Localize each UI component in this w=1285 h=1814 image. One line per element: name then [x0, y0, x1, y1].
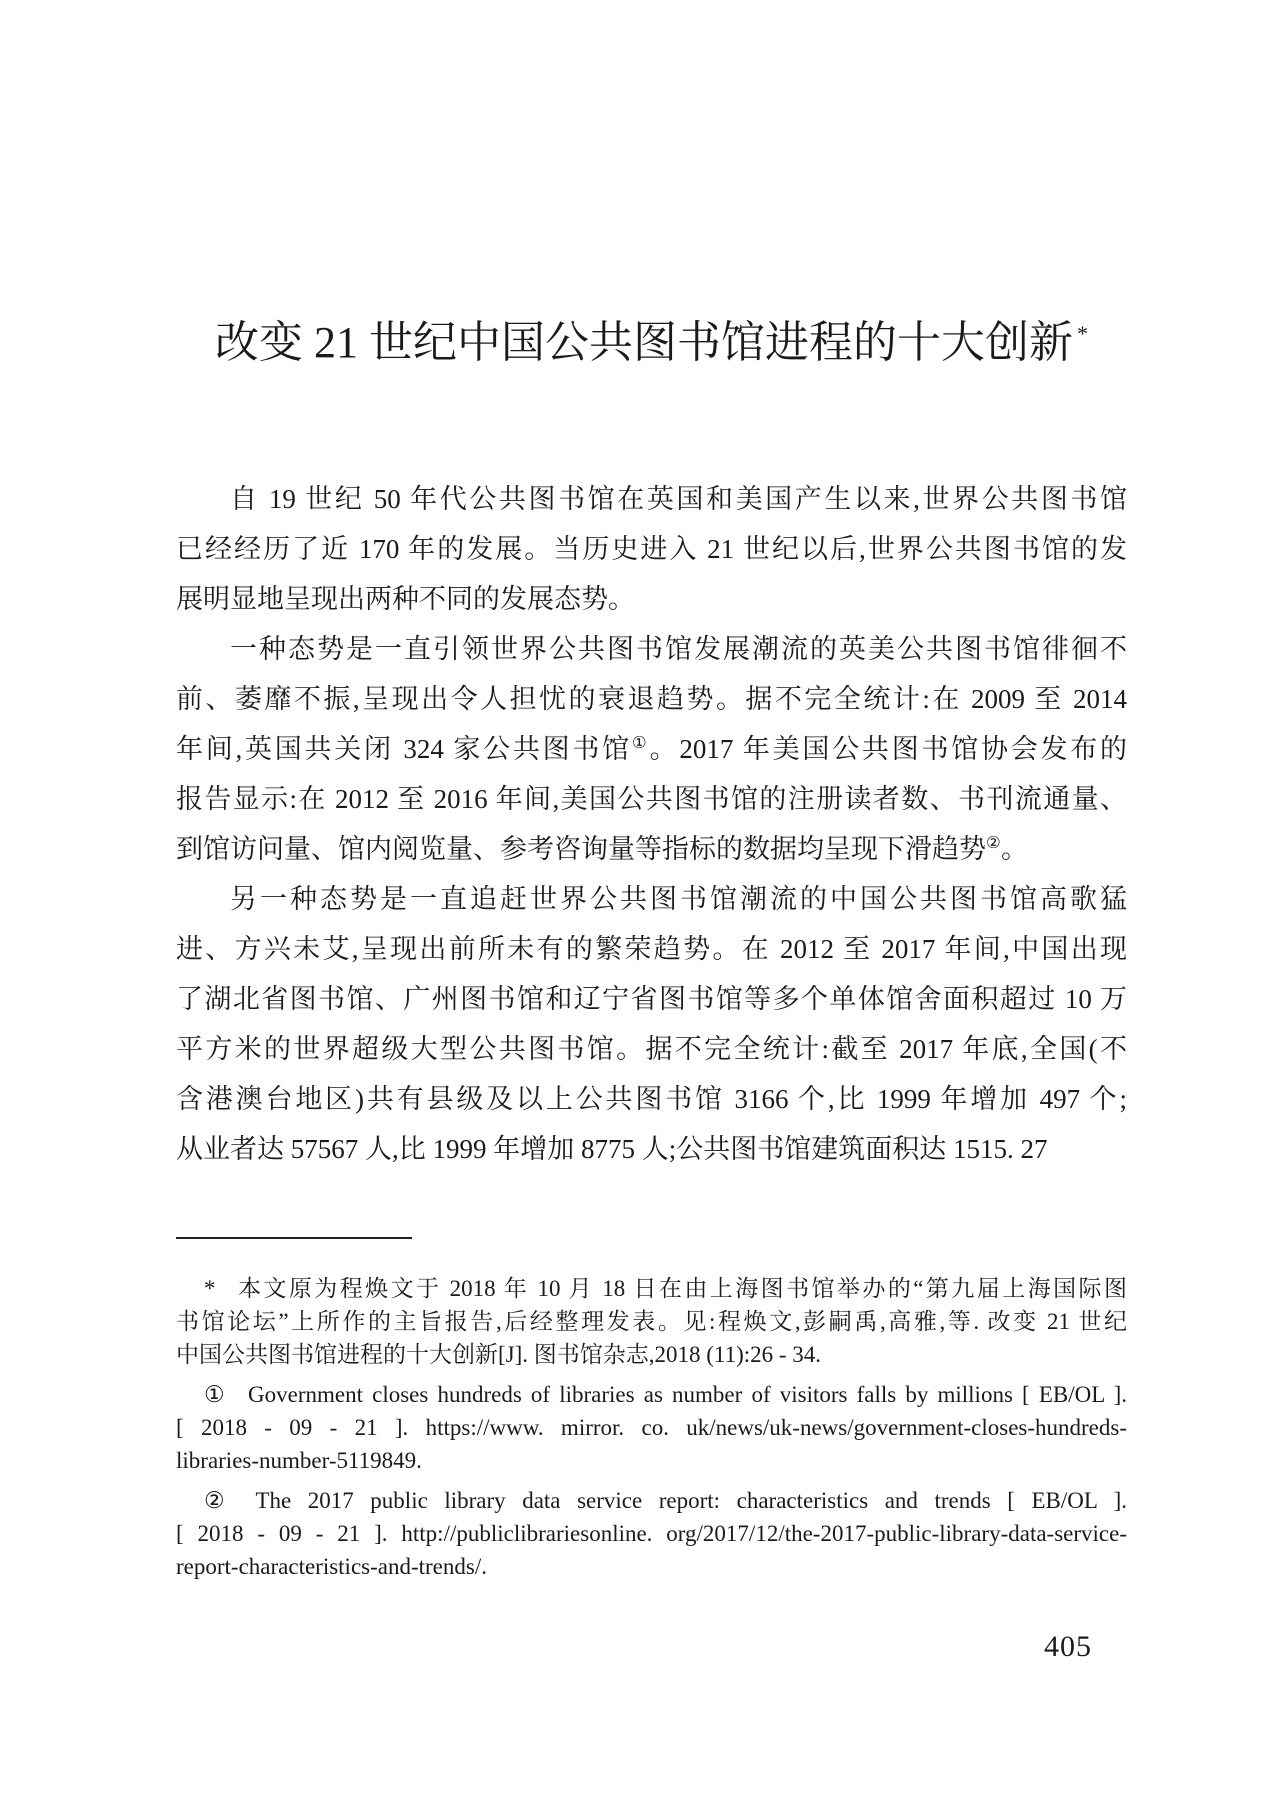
footnote-line: libraries-number-5119849. [176, 1444, 1127, 1477]
body-line: 平方米的世界超级大型公共图书馆。据不完全统计:截至 2017 年底,全国(不 [176, 1024, 1127, 1074]
footnote-divider [176, 1237, 412, 1239]
body-line: 展明显地呈现出两种不同的发展态势。 [176, 574, 1127, 624]
body-line: 从业者达 57567 人,比 1999 年增加 8775 人;公共图书馆建筑面积… [176, 1124, 1127, 1174]
footnote-line: [ 2018 - 09 - 21 ]. http://publiclibrari… [176, 1517, 1127, 1550]
footnote-ref-marker: ② [986, 833, 1001, 852]
footnote-ref-marker: ① [632, 733, 650, 752]
body-line: 报告显示:在 2012 至 2016 年间,美国公共图书馆的注册读者数、书刊流通… [176, 774, 1127, 824]
footnote-item: *本文原为程焕文于 2018 年 10 月 18 日在由上海图书馆举办的“第九届… [176, 1272, 1127, 1371]
footnote-item: ②The 2017 public library data service re… [176, 1484, 1127, 1583]
body-line: 另一种态势是一直追赶世界公共图书馆潮流的中国公共图书馆高歌猛 [176, 874, 1127, 924]
document-page: 改变 21 世纪中国公共图书馆进程的十大创新* 自 19 世纪 50 年代公共图… [0, 0, 1285, 1814]
footnote-line: [ 2018 - 09 - 21 ]. https://www. mirror.… [176, 1411, 1127, 1444]
footnote-line: 书馆论坛”上所作的主旨报告,后经整理发表。见:程焕文,彭嗣禹,高雅,等. 改变 … [176, 1305, 1127, 1338]
body-line: 到馆访问量、馆内阅览量、参考咨询量等指标的数据均呈现下滑趋势②。 [176, 824, 1127, 874]
footnote-line: ①Government closes hundreds of libraries… [176, 1378, 1127, 1411]
footnotes: *本文原为程焕文于 2018 年 10 月 18 日在由上海图书馆举办的“第九届… [176, 1272, 1127, 1583]
footnote-marker: ① [204, 1382, 228, 1407]
title-text: 改变 21 世纪中国公共图书馆进程的十大创新 [215, 318, 1073, 367]
body-line: 进、方兴未艾,呈现出前所未有的繁荣趋势。在 2012 至 2017 年间,中国出… [176, 924, 1127, 974]
footnote-item: ①Government closes hundreds of libraries… [176, 1378, 1127, 1477]
body-line: 前、萎靡不振,呈现出令人担忧的衰退趋势。据不完全统计:在 2009 至 2014 [176, 674, 1127, 724]
body-line: 已经经历了近 170 年的发展。当历史进入 21 世纪以后,世界公共图书馆的发 [176, 524, 1127, 574]
footnote-line: 中国公共图书馆进程的十大创新[J]. 图书馆杂志,2018 (11):26 - … [176, 1338, 1127, 1371]
footnote-line: *本文原为程焕文于 2018 年 10 月 18 日在由上海图书馆举办的“第九届… [176, 1272, 1127, 1305]
footnote-line: report-characteristics-and-trends/. [176, 1550, 1127, 1583]
body-line: 了湖北省图书馆、广州图书馆和辽宁省图书馆等多个单体馆舍面积超过 10 万 [176, 974, 1127, 1024]
footnote-marker: * [204, 1276, 216, 1301]
body-line: 一种态势是一直引领世界公共图书馆发展潮流的英美公共图书馆徘徊不 [176, 624, 1127, 674]
title-footnote-marker: * [1077, 321, 1088, 346]
body-line: 自 19 世纪 50 年代公共图书馆在英国和美国产生以来,世界公共图书馆 [176, 474, 1127, 524]
body-line: 含港澳台地区)共有县级及以上公共图书馆 3166 个,比 1999 年增加 49… [176, 1074, 1127, 1124]
page-title: 改变 21 世纪中国公共图书馆进程的十大创新* [176, 318, 1127, 368]
footnote-marker: ② [204, 1488, 235, 1513]
article-body: 自 19 世纪 50 年代公共图书馆在英国和美国产生以来,世界公共图书馆已经经历… [176, 474, 1127, 1174]
page-number: 405 [1044, 1630, 1092, 1664]
body-line: 年间,英国共关闭 324 家公共图书馆①。2017 年美国公共图书馆协会发布的 [176, 724, 1127, 774]
footnote-line: ②The 2017 public library data service re… [176, 1484, 1127, 1517]
